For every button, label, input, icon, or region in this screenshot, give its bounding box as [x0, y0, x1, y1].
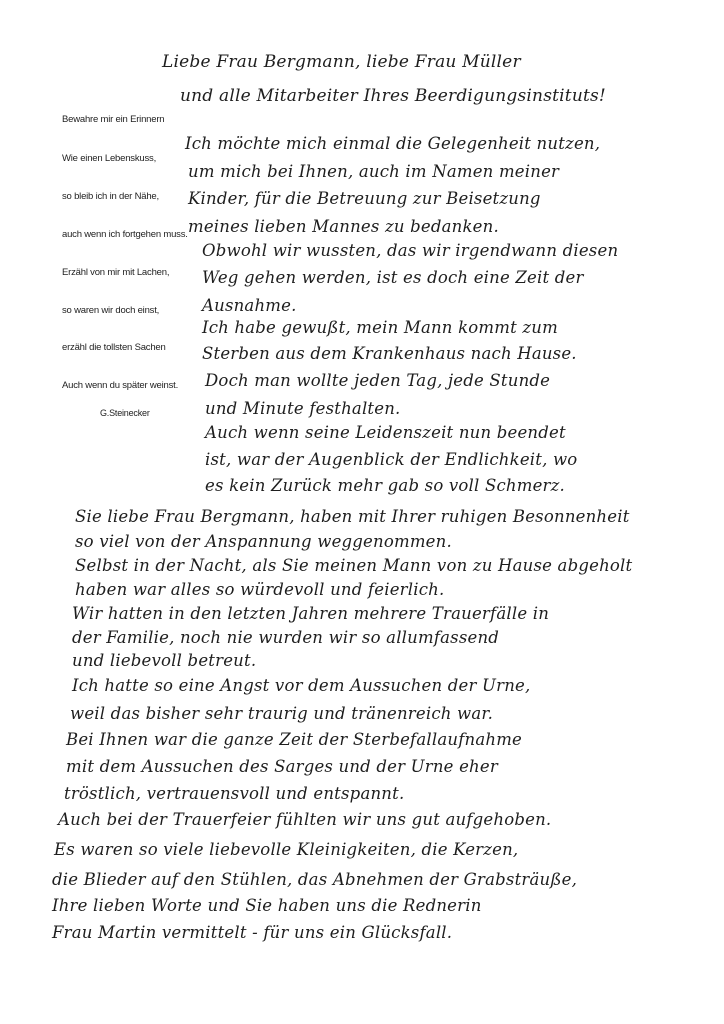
poem-line: Auch wenn du später weinst.: [62, 380, 178, 391]
letter-line: weil das bisher sehr traurig und tränenr…: [70, 704, 493, 723]
letter-line: um mich bei Ihnen, auch im Namen meiner: [188, 162, 559, 181]
poem-line: erzähl die tollsten Sachen: [62, 342, 166, 353]
letter-line: Ich habe gewußt, mein Mann kommt zum: [202, 318, 558, 337]
letter-line: Auch bei der Trauerfeier fühlten wir uns…: [58, 810, 551, 829]
letter-line: Auch wenn seine Leidenszeit nun beendet: [205, 423, 566, 442]
poem-line: Wie einen Lebenskuss,: [62, 153, 156, 164]
letter-line: die Blieder auf den Stühlen, das Abnehme…: [52, 870, 577, 889]
letter-line: und liebevoll betreut.: [72, 651, 256, 670]
poem-line: Erzähl von mir mit Lachen,: [62, 267, 169, 278]
letter-line: Wir hatten in den letzten Jahren mehrere…: [72, 604, 549, 623]
letter-line: Weg gehen werden, ist es doch eine Zeit …: [202, 268, 584, 287]
letter-line: es kein Zurück mehr gab so voll Schmerz.: [205, 476, 565, 495]
letter-line: mit dem Aussuchen des Sarges und der Urn…: [66, 757, 498, 776]
letter-line: Frau Martin vermittelt - für uns ein Glü…: [52, 923, 452, 942]
letter-line: so viel von der Anspannung weggenommen.: [75, 532, 452, 551]
poem-line: Bewahre mir ein Erinnern: [62, 114, 164, 125]
poem-author: G.Steinecker: [100, 408, 150, 418]
letter-line: Ich möchte mich einmal die Gelegenheit n…: [185, 134, 600, 153]
poem-line: so waren wir doch einst,: [62, 305, 159, 316]
letter-line: Es waren so viele liebevolle Kleinigkeit…: [54, 840, 518, 859]
letter-line: tröstlich, vertrauensvoll und entspannt.: [64, 784, 404, 803]
poem-line: so bleib ich in der Nähe,: [62, 191, 159, 202]
letter-line: Doch man wollte jeden Tag, jede Stunde: [205, 371, 550, 390]
letter-line: Sterben aus dem Krankenhaus nach Hause.: [202, 344, 577, 363]
letter-line: meines lieben Mannes zu bedanken.: [188, 217, 499, 236]
letter-line: der Familie, noch nie wurden wir so allu…: [72, 628, 499, 647]
letter-line: und Minute festhalten.: [205, 399, 401, 418]
letter-line: ist, war der Augenblick der Endlichkeit,…: [205, 450, 577, 469]
greeting-line-2: und alle Mitarbeiter Ihres Beerdigungsin…: [180, 86, 606, 106]
letter-line: Obwohl wir wussten, das wir irgendwann d…: [202, 241, 618, 260]
letter-line: Sie liebe Frau Bergmann, haben mit Ihrer…: [75, 507, 630, 526]
letter-line: Ich hatte so eine Angst vor dem Aussuche…: [72, 676, 530, 695]
greeting-line-1: Liebe Frau Bergmann, liebe Frau Müller: [162, 52, 521, 72]
letter-line: Kinder, für die Betreuung zur Beisetzung: [188, 189, 541, 208]
letter-line: Selbst in der Nacht, als Sie meinen Mann…: [75, 556, 632, 575]
poem-line: auch wenn ich fortgehen muss.: [62, 229, 188, 240]
letter-line: haben war alles so würdevoll und feierli…: [75, 580, 444, 599]
handwritten-letter-page: Liebe Frau Bergmann, liebe Frau Müller u…: [0, 0, 724, 1024]
letter-line: Bei Ihnen war die ganze Zeit der Sterbef…: [66, 730, 522, 749]
letter-line: Ausnahme.: [202, 296, 297, 315]
letter-line: Ihre lieben Worte und Sie haben uns die …: [52, 896, 482, 915]
